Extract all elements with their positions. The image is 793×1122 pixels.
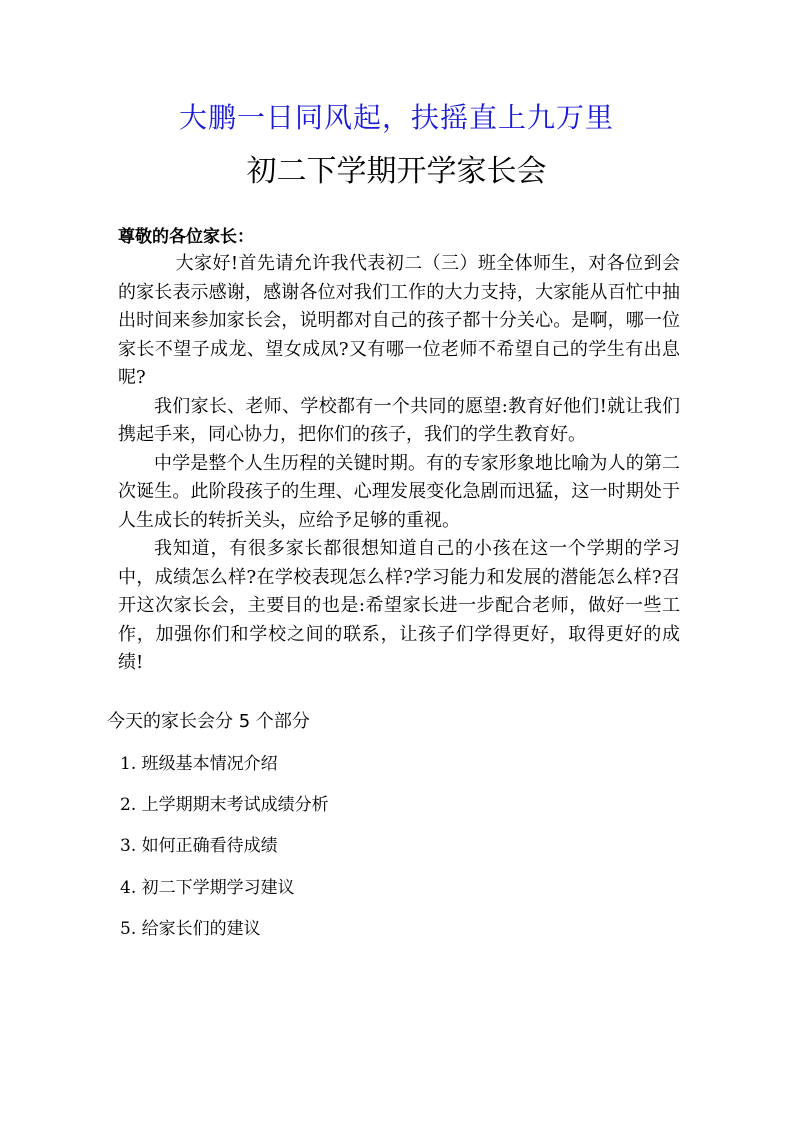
agenda-list: 1. 班级基本情况介绍 2. 上学期期末考试成绩分析 3. 如何正确看待成绩 4… (120, 750, 329, 956)
agenda-item: 2. 上学期期末考试成绩分析 (120, 791, 329, 832)
document-page: 大鹏一日同风起，扶摇直上九万里 初二下学期开学家长会 尊敬的各位家长： 大家好!… (0, 0, 793, 1122)
agenda-heading: 今天的家长会分 5 个部分 (107, 708, 310, 736)
agenda-item: 5. 给家长们的建议 (120, 915, 329, 956)
letter-body: 尊敬的各位家长： 大家好!首先请允许我代表初二（三）班全体师生，对各位到会的家长… (118, 224, 680, 678)
salutation: 尊敬的各位家长： (118, 224, 680, 250)
page-title: 初二下学期开学家长会 (0, 150, 793, 194)
agenda-item: 1. 班级基本情况介绍 (120, 750, 329, 791)
motto-heading: 大鹏一日同风起，扶摇直上九万里 (0, 98, 793, 138)
agenda-item: 4. 初二下学期学习建议 (120, 874, 329, 915)
paragraph-greeting: 大家好!首先请允许我代表初二（三）班全体师生，对各位到会的家长表示感谢，感谢各位… (118, 250, 680, 393)
paragraph-shared-wish: 我们家长、老师、学校都有一个共同的愿望:教育好他们!就让我们携起手来，同心协力，… (118, 393, 680, 450)
agenda-item: 3. 如何正确看待成绩 (120, 832, 329, 873)
paragraph-middle-school: 中学是整个人生历程的关键时期。有的专家形象地比喻为人的第二次诞生。此阶段孩子的生… (118, 450, 680, 536)
paragraph-meeting-purpose: 我知道，有很多家长都很想知道自己的小孩在这一个学期的学习中，成绩怎么样?在学校表… (118, 535, 680, 678)
